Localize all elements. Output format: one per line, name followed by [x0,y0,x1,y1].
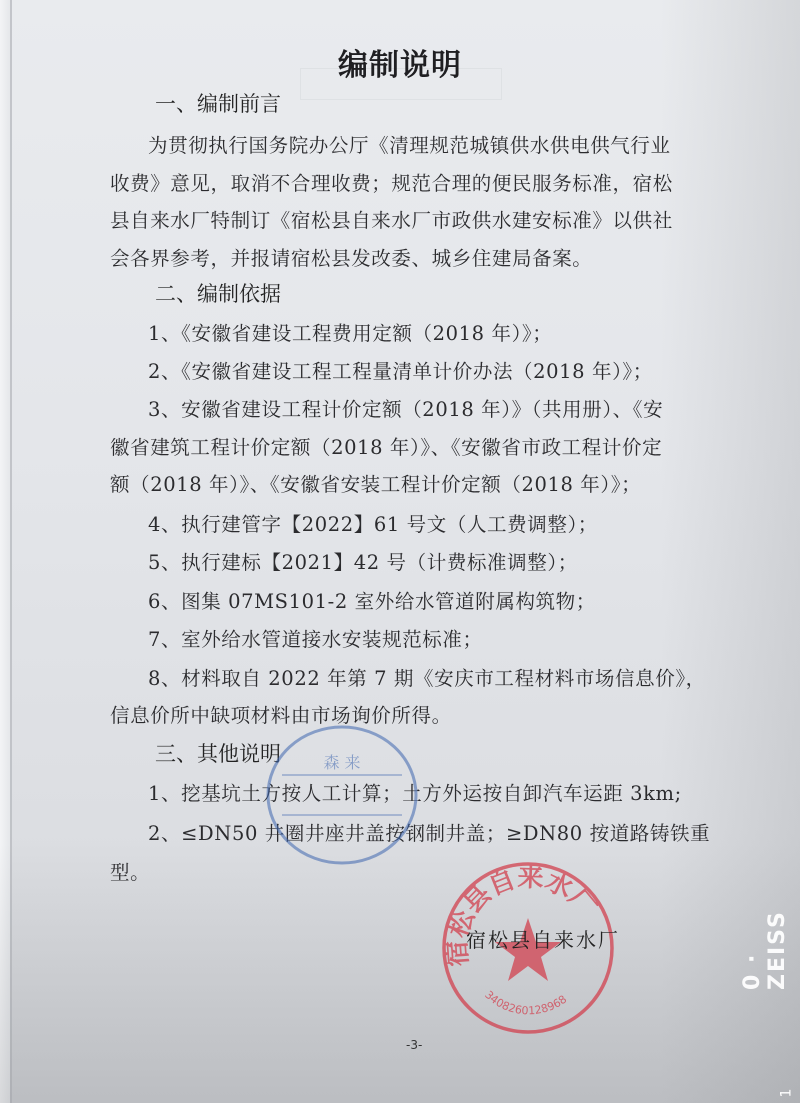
preface-line-2: 收费》意见，取消不合理收费；规范合理的便民服务标准，宿松 [110,168,673,196]
preface-line-3: 县自来水厂特制订《宿松县自来水厂市政供水建安标准》以供社 [110,205,673,233]
basis-item-6: 6、图集 07MS101-2 室外给水管道附属构筑物； [148,586,596,614]
watermark-prefix: 0 · [740,953,765,990]
blue-stamp-text: 森 来 [323,753,360,772]
basis-item-7: 7、室外给水管道接水安装规范标准； [148,624,483,652]
basis-item-3: 3、安徽省建设工程计价定额（2018 年）》（共用册）、《安 [148,394,663,422]
watermark-brand: ZEISS [765,910,790,990]
blue-official-stamp: 森 来 [262,720,422,870]
basis-item-1: 1、《安徽省建设工程费用定额（2018 年）》； [148,318,552,346]
camera-watermark: 0 · ZEISS [740,910,790,990]
preface-line-4: 会各界参考，并报请宿松县发改委、城乡住建局备案。 [110,243,592,271]
watermark-suffix: 1 [778,1089,794,1098]
basis-item-3-cont-2: 额（2018 年）》、《安徽省安装工程计价定额（2018 年）》； [110,469,641,497]
basis-item-8: 8、材料取自 2022 年第 7 期《安庆市工程材料市场信息价》， [148,663,706,691]
basis-item-2: 2、《安徽省建设工程工程量清单计价办法（2018 年）》； [148,356,653,384]
basis-item-4: 4、执行建管字【2022】61 号文（人工费调整）； [148,509,598,537]
signature-organization: 宿松县自来水厂 [466,924,620,953]
other-item-2-cont: 型。 [110,857,150,885]
page-title: 编制说明 [0,40,800,84]
preface-line-1: 为贯彻执行国务院办公厅《清理规范城镇供水供电供气行业 [148,130,671,158]
page-number: -3- [406,1038,422,1052]
basis-item-3-cont-1: 徽省建筑工程计价定额（2018 年）》、《安徽省市政工程计价定 [110,432,662,460]
section-heading-preface: 一、编制前言 [155,88,281,118]
seal-code: 3408260128968 [482,988,569,1017]
basis-item-5: 5、执行建标【2021】42 号（计费标准调整）； [148,547,578,575]
other-item-2: 2、≤DN50 井圈井座井盖按钢制井盖；≥DN80 按道路铸铁重 [148,818,710,846]
section-heading-basis: 二、编制依据 [155,278,281,308]
